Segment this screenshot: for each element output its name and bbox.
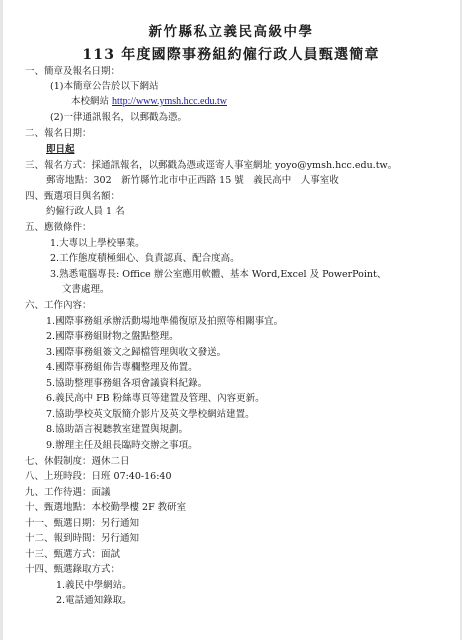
document-page: 新竹縣私立義民高級中學 113 年度國際事務組約僱行政人員甄選簡章 一、簡章及報… <box>0 0 462 640</box>
section-1-line-3: (2)一律通訊報名，以郵戳為憑。 <box>50 111 187 125</box>
school-website-label: 本校網站 <box>71 96 109 107</box>
section-12-checkin: 十二、報到時間：另行通知 <box>25 532 139 546</box>
section-1-line-2: 本校網站 http://www.ymsh.hcc.edu.tw <box>71 95 227 109</box>
section-3-heading: 三、報名方式：採通訊報名，以郵戳為憑或逕寄人事室網址 yoyo@ymsh.hcc… <box>25 159 397 173</box>
section-1-line-1: (1)本簡章公告於以下網站 <box>50 80 158 94</box>
section-10-location: 十、甄選地點：本校勤學樓 2F 教研室 <box>25 501 186 515</box>
section-9-salary: 九、工作待遇：面議 <box>25 486 111 500</box>
duty-8: 8.協助語言視聽教室建置與規劃。 <box>46 423 188 437</box>
position-count: 約僱行政人員 1 名 <box>46 205 125 219</box>
notification-2: 2.電話通知錄取。 <box>56 594 132 608</box>
notification-1: 1.義民中學網站。 <box>56 579 132 593</box>
section-8-hours: 八、上班時段：日班 07:40-16:40 <box>25 470 172 484</box>
duty-6: 6.義民高中 FB 粉絲專頁等建置及管理、內容更新。 <box>46 392 265 406</box>
document-title: 113 年度國際事務組約僱行政人員甄選簡章 <box>0 44 462 64</box>
section-6-heading: 六、工作內容： <box>25 299 92 313</box>
requirement-3: 3.熟悉電腦專長: Office 辦公室應用軟體、基本 Word,Excel 及… <box>50 268 386 282</box>
mailing-address: 郵寄地點：302 新竹縣竹北市中正西路 15 號 義民高中 人事室收 <box>46 174 339 188</box>
section-13-method: 十三、甄選方式：面試 <box>25 548 120 562</box>
duty-4: 4.國際事務組佈告專欄整理及佈置。 <box>46 361 198 375</box>
duty-1: 1.國際事務組承辦活動場地準備復原及拍照等相關事宜。 <box>46 315 283 329</box>
duty-2: 2.國際事務組財物之盤點整理。 <box>46 330 179 344</box>
duty-7: 7.協助學校英文版簡介影片及英文學校網站建置。 <box>46 408 255 422</box>
registration-start: 即日起 <box>46 143 75 157</box>
section-1-heading: 一、簡章及報名日期： <box>25 65 120 79</box>
duty-5: 5.協助整理事務組各項會議資料紀錄。 <box>46 377 207 391</box>
school-website-link[interactable]: http://www.ymsh.hcc.edu.tw <box>112 96 227 107</box>
section-7-holidays: 七、休假制度：週休二日 <box>25 455 130 469</box>
requirement-1: 1.大專以上學校畢業。 <box>50 237 145 251</box>
section-11-date: 十一、甄選日期：另行通知 <box>25 517 139 531</box>
section-14-heading: 十四、甄選錄取方式： <box>25 563 120 577</box>
section-4-heading: 四、甄選項目與名額： <box>25 190 120 204</box>
section-2-heading: 二、報名日期： <box>25 127 92 141</box>
duty-3: 3.國際事務組簽文之歸檔管理與收文發送。 <box>46 346 226 360</box>
section-5-heading: 五、應徵條件： <box>25 221 92 235</box>
requirement-2: 2.工作態度積極細心、負責認真、配合度高。 <box>50 252 240 266</box>
school-name: 新竹縣私立義民高級中學 <box>0 20 462 40</box>
duty-9: 9.辦理主任及組長臨時交辦之事項。 <box>46 439 198 453</box>
requirement-3-cont: 文書處理。 <box>62 283 110 297</box>
